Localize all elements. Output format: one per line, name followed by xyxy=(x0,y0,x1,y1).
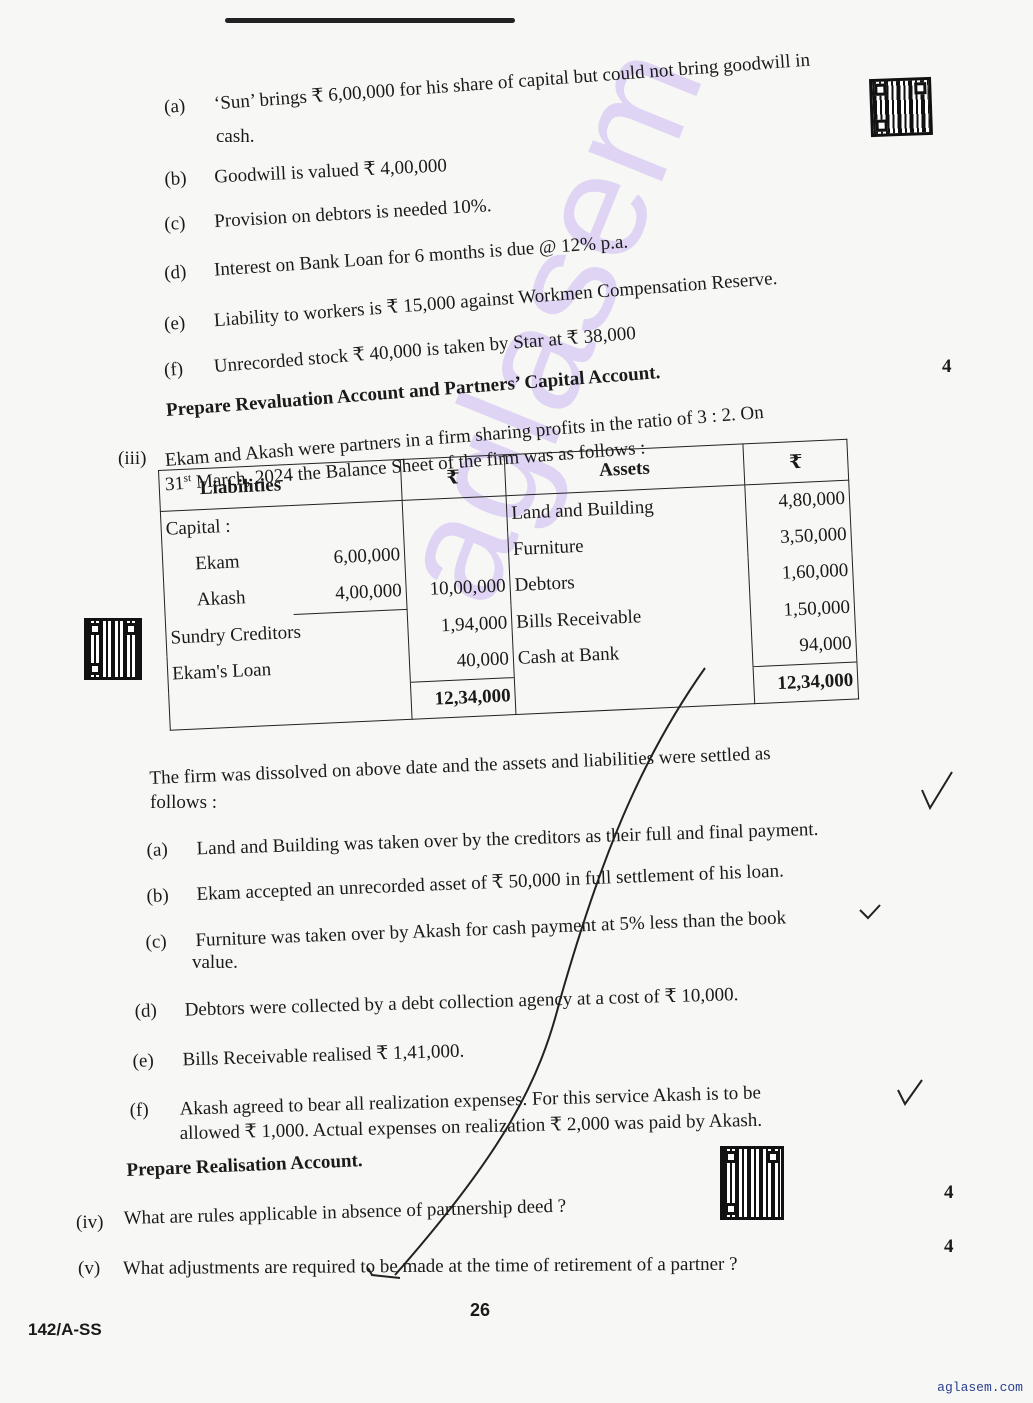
paper-code: 142/A-SS xyxy=(28,1320,102,1340)
check-mark-icon xyxy=(922,772,952,808)
check-mark-icon xyxy=(860,905,880,918)
pen-stroke xyxy=(395,668,705,1275)
pen-stroke xyxy=(368,1268,400,1278)
check-mark-icon xyxy=(898,1080,922,1104)
site-credit[interactable]: aglasem.com xyxy=(937,1380,1023,1395)
page-number: 26 xyxy=(470,1300,490,1321)
pen-annotations xyxy=(0,0,1033,1403)
